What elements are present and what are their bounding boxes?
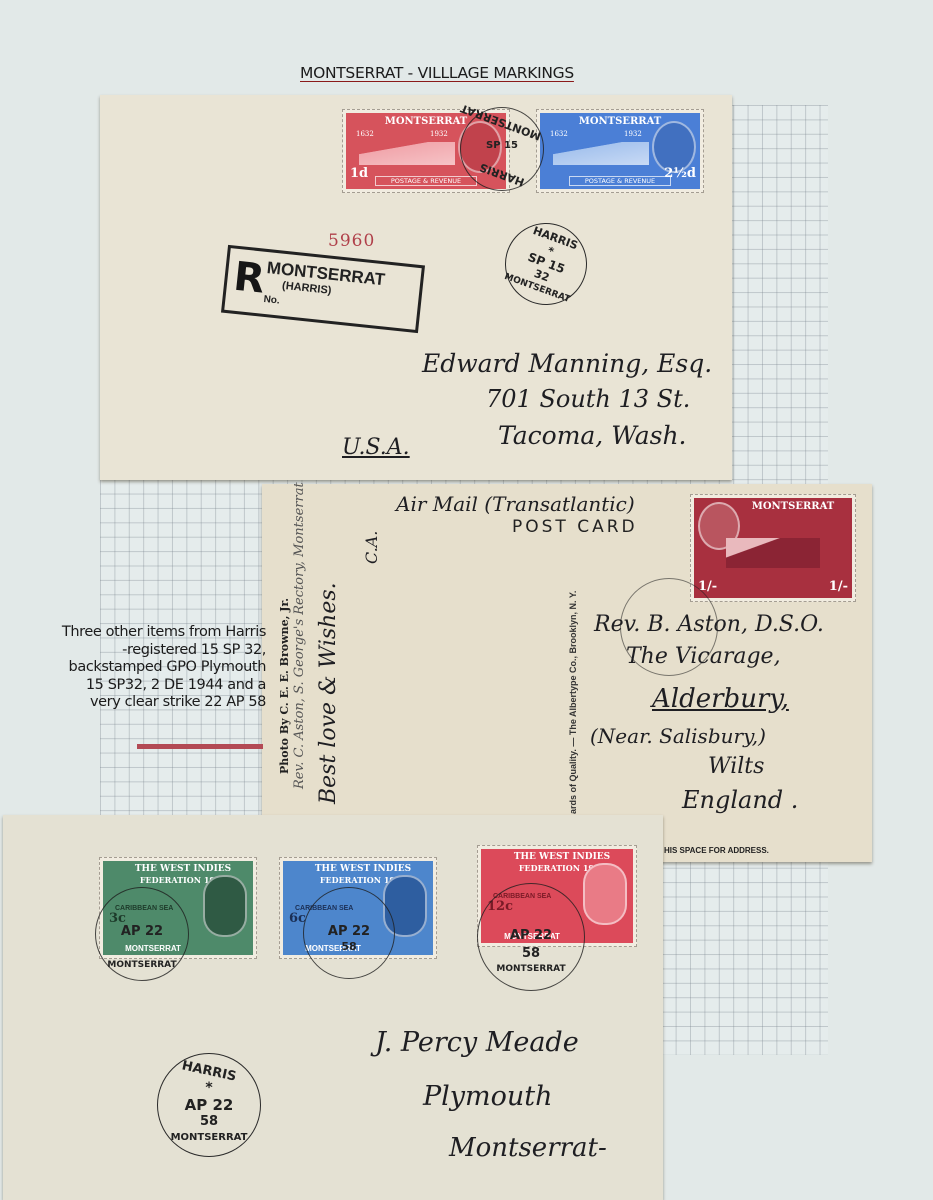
postmark-harris-1932: HARRIS * SP 15 32 MONTSERRAT bbox=[493, 211, 598, 316]
album-page: MONTSERRAT - VILLLAGE MARKINGS MONTSERRA… bbox=[0, 0, 933, 1200]
printer-credit: ards of Quality. — The Albertype Co., Br… bbox=[568, 591, 578, 814]
airmail-postcard: Air Mail (Transatlantic) POST CARD Photo… bbox=[262, 484, 872, 862]
address-line-3: Tacoma, Wash. bbox=[498, 421, 687, 450]
page-title: MONTSERRAT - VILLLAGE MARKINGS bbox=[300, 64, 574, 82]
stamp-2-half-d: MONTSERRAT 1632 1932 2½d POSTAGE & REVEN… bbox=[536, 109, 704, 193]
address-line-1: Edward Manning, Esq. bbox=[422, 349, 712, 378]
queen-portrait bbox=[203, 875, 247, 937]
address-country: U.S.A. bbox=[342, 435, 410, 460]
stamp-postmark-2: AP 22 58 bbox=[303, 887, 395, 979]
postmark-on-stamps: MONTSERRAT SP 15 HARRIS bbox=[460, 107, 544, 191]
registered-cover-1932: MONTSERRAT 1632 1932 1d POSTAGE & REVENU… bbox=[100, 95, 732, 480]
card-address-3: Alderbury, bbox=[652, 684, 789, 714]
card-address-6: England . bbox=[682, 786, 798, 814]
queen-portrait bbox=[583, 863, 627, 925]
address-footer: HIS SPACE FOR ADDRESS. bbox=[664, 846, 769, 855]
message: Best love & Wishes. bbox=[316, 582, 341, 804]
caption-handwritten: Rev. C. Aston, S. George's Rectory, Mont… bbox=[292, 482, 307, 789]
exhibit-note: Three other items from Harris -registere… bbox=[60, 624, 266, 712]
postmark-harris-1958: HARRIS * AP 22 58 MONTSERRAT bbox=[157, 1053, 261, 1157]
card-address-1: Rev. B. Aston, D.S.O. bbox=[594, 612, 824, 637]
stamp-1-shilling: MONTSERRAT 1/- 1/- bbox=[690, 494, 856, 602]
card-address-5: Wilts bbox=[708, 754, 764, 779]
card-address-4: (Near. Salisbury,) bbox=[590, 724, 766, 748]
cover3-address-2: Plymouth bbox=[423, 1081, 553, 1112]
registration-number: 5960 bbox=[328, 231, 375, 251]
federation-cover-1958: THE WEST INDIES FEDERATION 1958 CARIBBEA… bbox=[3, 815, 663, 1200]
airmail-marking: Air Mail (Transatlantic) bbox=[396, 492, 635, 516]
post-card-heading: POST CARD bbox=[512, 517, 638, 537]
cover3-address-1: J. Percy Meade bbox=[375, 1027, 579, 1058]
registration-label: R MONTSERRAT (HARRIS) No. bbox=[221, 245, 425, 333]
note-underline-bar bbox=[137, 744, 263, 749]
stamp-postmark-1: AP 22 MONTSERRAT bbox=[95, 887, 189, 981]
initials: C.A. bbox=[362, 531, 381, 564]
photo-credit: Photo By C. E. E. Browne, Jr. bbox=[278, 598, 291, 774]
card-address-2: The Vicarage, bbox=[626, 644, 781, 669]
stamp-postmark-3: AP 22 58 MONTSERRAT bbox=[477, 883, 585, 991]
cover3-address-3: Montserrat- bbox=[449, 1133, 607, 1163]
address-line-2: 701 South 13 St. bbox=[486, 385, 690, 413]
